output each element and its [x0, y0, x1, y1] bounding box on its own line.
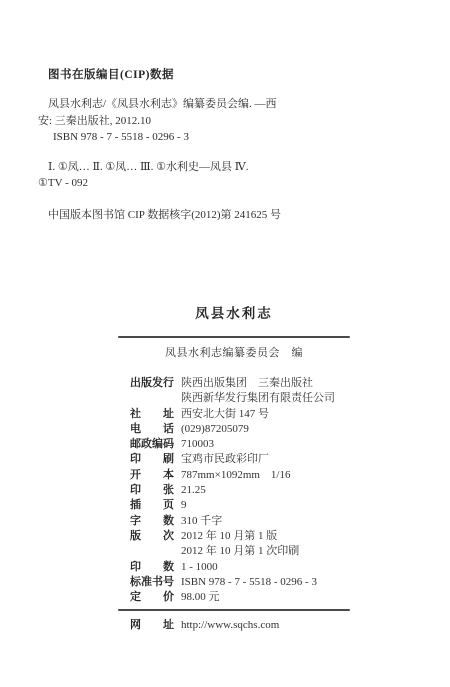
row-value: 西安北大街 147 号 — [181, 407, 269, 422]
row-value: 宝鸡市民政彩印厂 — [181, 452, 269, 467]
imprint-row-price: 定 价 98.00 元 — [118, 590, 350, 605]
divider-line-bottom — [118, 609, 350, 611]
imprint-row-phone: 电 话 (029)87205079 — [118, 422, 350, 437]
row-value: 710003 — [181, 437, 214, 452]
row-label: 插 页 — [130, 498, 181, 513]
row-value: 2012 年 10 月第 1 次印刷 — [181, 544, 299, 559]
colophon-section: 凤县水利志 凤县水利志编纂委员会 编 出版发行 陕西出版集团 三秦出版社 陕西新… — [118, 302, 350, 634]
row-label: 邮政编码 — [130, 437, 181, 452]
imprint-row-website: 网 址 http://www.sqchs.com — [118, 618, 350, 633]
imprint-table: 出版发行 陕西出版集团 三秦出版社 陕西新华发行集团有限责任公司 社 址 西安北… — [118, 376, 350, 605]
imprint-row-wordcount: 字 数 310 千字 — [118, 514, 350, 529]
imprint-row-postcode: 邮政编码 710003 — [118, 437, 350, 452]
row-value: 2012 年 10 月第 1 版 — [181, 529, 277, 544]
cip-section: 图书在版编目(CIP)数据 凤县水利志/《凤县水利志》编纂委员会编. —西 安:… — [38, 66, 388, 222]
row-value: 1 - 1000 — [181, 560, 218, 575]
cip-classification: Ⅰ. ①凤… Ⅱ. ①凤… Ⅲ. ①水利史—凤县 Ⅳ. ①TV - 092 — [38, 159, 388, 192]
row-label: 开 本 — [130, 468, 181, 483]
row-label: 出版发行 — [130, 376, 181, 391]
imprint-row-isbn: 标准书号 ISBN 978 - 7 - 5518 - 0296 - 3 — [118, 575, 350, 590]
imprint-row-edition-cont: 2012 年 10 月第 1 次印刷 — [118, 544, 350, 559]
imprint-row-address: 社 址 西安北大街 147 号 — [118, 407, 350, 422]
row-value: ISBN 978 - 7 - 5518 - 0296 - 3 — [181, 575, 317, 590]
row-value: 陕西出版集团 三秦出版社 — [181, 376, 313, 391]
book-title: 凤县水利志 — [118, 302, 350, 322]
row-value: 310 千字 — [181, 514, 222, 529]
row-label: 字 数 — [130, 514, 181, 529]
divider-line-top — [118, 336, 350, 338]
cip-entry: 凤县水利志/《凤县水利志》编纂委员会编. —西 安: 三秦出版社, 2012.1… — [38, 96, 388, 146]
row-label — [130, 544, 181, 559]
row-label: 版 次 — [130, 529, 181, 544]
cip-record-number: 中国版本图书馆 CIP 数据核字(2012)第 241625 号 — [48, 206, 388, 222]
row-value: 787mm×1092mm 1/16 — [181, 468, 290, 483]
website-url: http://www.sqchs.com — [181, 618, 279, 633]
imprint-row-publisher-cont: 陕西新华发行集团有限责任公司 — [118, 391, 350, 406]
row-label: 印 刷 — [130, 452, 181, 467]
imprint-row-format: 开 本 787mm×1092mm 1/16 — [118, 468, 350, 483]
imprint-row-printer: 印 刷 宝鸡市民政彩印厂 — [118, 452, 350, 467]
row-value: 陕西新华发行集团有限责任公司 — [181, 391, 335, 406]
row-value: (029)87205079 — [181, 422, 249, 437]
cip-class-line1: Ⅰ. ①凤… Ⅱ. ①凤… Ⅲ. ①水利史—凤县 Ⅳ. — [38, 159, 388, 176]
row-value: 21.25 — [181, 483, 206, 498]
imprint-row-printrun: 印 数 1 - 1000 — [118, 560, 350, 575]
imprint-row-publisher: 出版发行 陕西出版集团 三秦出版社 — [118, 376, 350, 391]
imprint-row-edition: 版 次 2012 年 10 月第 1 版 — [118, 529, 350, 544]
book-copyright-page: 图书在版编目(CIP)数据 凤县水利志/《凤县水利志》编纂委员会编. —西 安:… — [0, 0, 450, 687]
row-label: 社 址 — [130, 407, 181, 422]
editor-line: 凤县水利志编纂委员会 编 — [118, 344, 350, 360]
row-label — [130, 391, 181, 406]
imprint-row-inserts: 插 页 9 — [118, 498, 350, 513]
row-label: 网 址 — [130, 618, 181, 633]
cip-entry-line2: 安: 三秦出版社, 2012.10 — [38, 113, 388, 130]
row-value: 9 — [181, 498, 187, 513]
row-label: 定 价 — [130, 590, 181, 605]
imprint-row-sheets: 印 张 21.25 — [118, 483, 350, 498]
row-label: 电 话 — [130, 422, 181, 437]
row-value: 98.00 元 — [181, 590, 220, 605]
cip-heading: 图书在版编目(CIP)数据 — [48, 66, 388, 82]
row-label: 印 张 — [130, 483, 181, 498]
row-label: 印 数 — [130, 560, 181, 575]
cip-entry-line1: 凤县水利志/《凤县水利志》编纂委员会编. —西 — [38, 96, 388, 113]
row-label: 标准书号 — [130, 575, 181, 590]
cip-class-line2: ①TV - 092 — [38, 175, 388, 192]
cip-isbn-line: ISBN 978 - 7 - 5518 - 0296 - 3 — [38, 129, 388, 146]
